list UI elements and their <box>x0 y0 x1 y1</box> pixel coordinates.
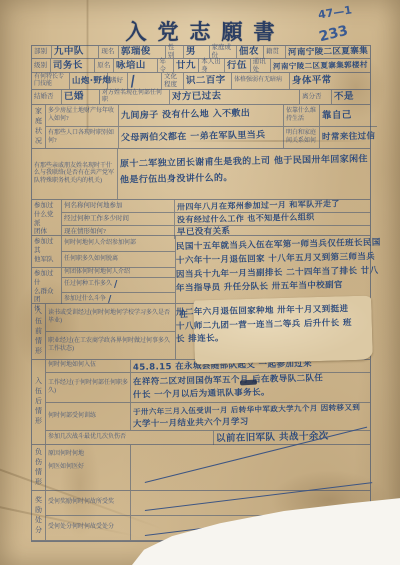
row-work-history: 工作经过(于何时何部任何职多久) 在祥符二区对回国伪军五个月 后在教导队二队任 … <box>46 373 370 403</box>
value-education-level: 识二百字 <box>186 75 226 88</box>
value-family-members: 父母两伯父都在 一弟在军队里当兵 <box>121 130 266 144</box>
row-rank-origname: 级别 司务长 原名 咏培山 年令 廿九 本人出身 行伍 通讯处 河南宁陵二区夏寨… <box>32 59 370 73</box>
side-label-award-punishment: 奖励处分 <box>32 491 46 540</box>
value-unit: 九中队 <box>54 46 84 58</box>
value-spouse: 对方已过去 <box>172 91 222 104</box>
label-sex: 性别 <box>166 46 184 58</box>
label-hobby: 嗜好 <box>108 73 128 89</box>
ink-blot-strikeout <box>240 380 257 386</box>
label-political-name: 何名称何时何地参加 <box>62 200 175 212</box>
row-political-name: 何名称何时何地参加 卅四年八月在郑州参加过一月 和军队开走了 <box>62 200 370 213</box>
row-skills: 有何特长专门技能 山炮·野炮 嗜好 ∕ 文化程度 识二百字 体格强弱有无暗病 身… <box>32 73 370 90</box>
value-native-place: 河南宁陵二区夏寨集 <box>288 46 368 58</box>
side-label-political-groups: 参加过 什么党派 团体 <box>32 200 62 235</box>
label-training: 何时何部受何训练 <box>46 403 131 430</box>
wound-blank-slash <box>131 445 370 490</box>
section-relatives: 有那些亲戚朋友姓名现时干什么与我联络(是否有在共产党军队特殊职务机关内的机关) … <box>32 149 370 200</box>
label-family-relation: 明白和家庭间关系如何 <box>284 127 320 148</box>
row-property: 多少房屋土地财产每年收入如何? 九间房子 没有什么地 入不敷出 依靠什么维持生活… <box>46 105 377 127</box>
label-army-leave: 任何职多久如何脱离 <box>62 252 175 267</box>
value-mailing-address: 河南宁陵二区夏寨集郭楼村 <box>273 60 368 71</box>
value-property-income: 九间房子 没有什么地 入不敷出 <box>121 109 250 123</box>
value-relatives-line2: 他是行伍出身没讲什么的。 <box>120 171 368 187</box>
value-family-relation: 时常来往过信 <box>322 132 376 144</box>
label-unit: 部别 <box>32 46 52 58</box>
side-label-wound: 负伤情形 <box>32 445 46 490</box>
document-page: 47—1 233 入党志願書 部别 九中队 现名 郭瑞俊 性别 男 家庭成份 佃… <box>0 0 400 565</box>
side-label-post-enlistment: 入伍后情形 <box>32 360 46 444</box>
label-family-members: 有那些人口各现时职别如何? <box>46 127 119 148</box>
label-work-history: 工作经过(于何时何部任何职多久) <box>46 373 131 402</box>
value-specialty: 山炮·野炮 <box>72 75 111 86</box>
service-history-line: 长 排连长。 <box>176 333 224 345</box>
value-current-name: 郭瑞俊 <box>121 46 151 58</box>
label-political-work: 经过何种工作多少时间 <box>62 213 175 225</box>
label-army-join: 何时何地何人介绍参加何部 <box>62 236 175 251</box>
value-family-class: 佃农 <box>239 46 259 58</box>
value-livelihood: 靠自己 <box>322 109 352 121</box>
label-original-name: 原名 <box>95 59 114 72</box>
value-hobby-slash: ∕ <box>129 71 137 90</box>
blank-slash-mark: ∕ <box>113 279 117 291</box>
label-married: 结婚否 <box>32 90 62 104</box>
row-family-members: 有那些人口各现时职别如何? 父母两伯父都在 一弟在军队里当兵 明白和家庭间关系如… <box>46 127 377 148</box>
value-age: 廿九 <box>176 59 196 71</box>
side-label-pre-enlistment: 入伍前情形 <box>32 304 46 359</box>
row-training: 何时何部受何训练 于卅六年三月入伍受训一月 后转华中军政大学九个月 因转移又到 … <box>46 403 370 431</box>
value-battles: 以前在旧军队 共战十余次 <box>216 431 329 445</box>
value-married: 已婚 <box>64 91 84 103</box>
section-political-groups: 参加过 什么党派 团体 何名称何时何地参加 卅四年八月在郑州参加过一月 和军队开… <box>32 200 370 236</box>
label-spouse: 对方姓名现在何部任何职 <box>100 90 170 104</box>
label-mass-work: 任过何种工作多久 ∕ <box>62 278 175 292</box>
label-enlist-when: 何时何地如何入伍 <box>46 360 131 372</box>
label-current-name: 现名 <box>99 46 119 58</box>
label-rank: 级别 <box>32 59 51 72</box>
label-mailing-address: 通讯处 <box>251 59 272 72</box>
label-age: 年令 <box>158 59 175 72</box>
label-punishment: 受何处分何时何故受处分 <box>46 516 131 540</box>
label-mass-name: 何团体何时何地何人介绍 <box>62 268 175 277</box>
form-table: 部别 九中队 现名 郭瑞俊 性别 男 家庭成份 佃农 籍贯 河南宁陵二区夏寨集 … <box>31 45 371 542</box>
section-wound: 负伤情形 原因何时何地 何医如何医好 <box>32 445 370 491</box>
form-title: 入党志願書 <box>0 16 400 46</box>
label-schooling: 读书或受训经过(何时何地何学校学习多久是否毕业) <box>46 304 175 331</box>
label-family-class: 家庭成份 <box>210 46 238 58</box>
label-separated: 离分否 <box>300 90 332 104</box>
value-rank: 司务长 <box>53 59 83 71</box>
side-label-family-status: 家庭状况 <box>32 105 46 148</box>
sub-other-army: 参加过其 他军队 何时何地何人介绍参加何部 任何职多久如何脱离 <box>32 236 175 268</box>
side-label-mass-org: 参加过什 么群众团 体 <box>32 268 62 304</box>
value-personal-origin: 行伍 <box>227 59 247 71</box>
label-physique: 体格强弱有无暗病 <box>232 73 290 89</box>
label-specialty: 有何特长专门技能 <box>32 73 70 89</box>
row-marriage: 结婚否 已婚 对方姓名现在何部任何职 对方已过去 离分否 不是 <box>32 90 370 105</box>
value-work-history-line2: 什长 一个月以后为通讯队事务长。 <box>133 385 368 401</box>
label-award: 受何奖励何时何故所受奖 <box>46 491 131 515</box>
label-livelihood: 依靠什么维持生活 <box>284 105 320 126</box>
value-original-name: 咏培山 <box>116 59 146 71</box>
value-political-name: 卅四年八月在郑州参加过一月 和军队开走了 <box>177 199 340 212</box>
value-physique: 身体平常 <box>292 75 332 88</box>
label-property-income: 多少房屋土地财产每年收入如何? <box>46 105 119 126</box>
value-training-line2: 大学十一月结业共六个月学习 <box>133 415 368 431</box>
value-political-work: 没有经过什么工作 也不知是什么组织 <box>177 213 315 226</box>
row-political-work: 经过何种工作多少时间 没有经过什么工作 也不知是什么组织 <box>62 213 370 226</box>
section-post-enlistment: 入伍后情形 何时何地如何入伍 45.8.15 在永城县随部队起义 一起参加过来 … <box>32 360 370 445</box>
label-occupation: 职业经过(在工农商学政各界何时做过何事多久工作状态) <box>46 332 175 359</box>
label-native-place: 籍贯 <box>264 46 286 58</box>
section-family-status: 家庭状况 多少房屋土地财产每年收入如何? 九间房子 没有什么地 入不敷出 依靠什… <box>32 105 370 149</box>
value-separated: 不是 <box>334 91 354 103</box>
label-education-level: 文化程度 <box>162 73 184 89</box>
value-relatives-line1: 原十二军独立团长谢甫生是我的上司 他于民国卅年回家闲住 <box>120 154 368 170</box>
value-sex: 男 <box>186 46 196 58</box>
sub-mass-org: 参加过什 么群众团 体 何团体何时何地何人介绍 任过何种工作多久 ∕ 参加过什么… <box>32 268 175 304</box>
label-personal-origin: 本人出身 <box>199 59 225 72</box>
side-label-other-army: 参加过其 他军队 <box>32 236 62 267</box>
label-wound: 原因何时何地 何医如何医好 <box>46 445 131 490</box>
label-relatives-friends: 有那些亲戚朋友姓名现时干什么与我联络(是否有在共产党军队特殊职务机关内的机关) <box>32 149 118 199</box>
label-battles: 参加几次战斗最优几次负伤否 <box>46 431 214 445</box>
